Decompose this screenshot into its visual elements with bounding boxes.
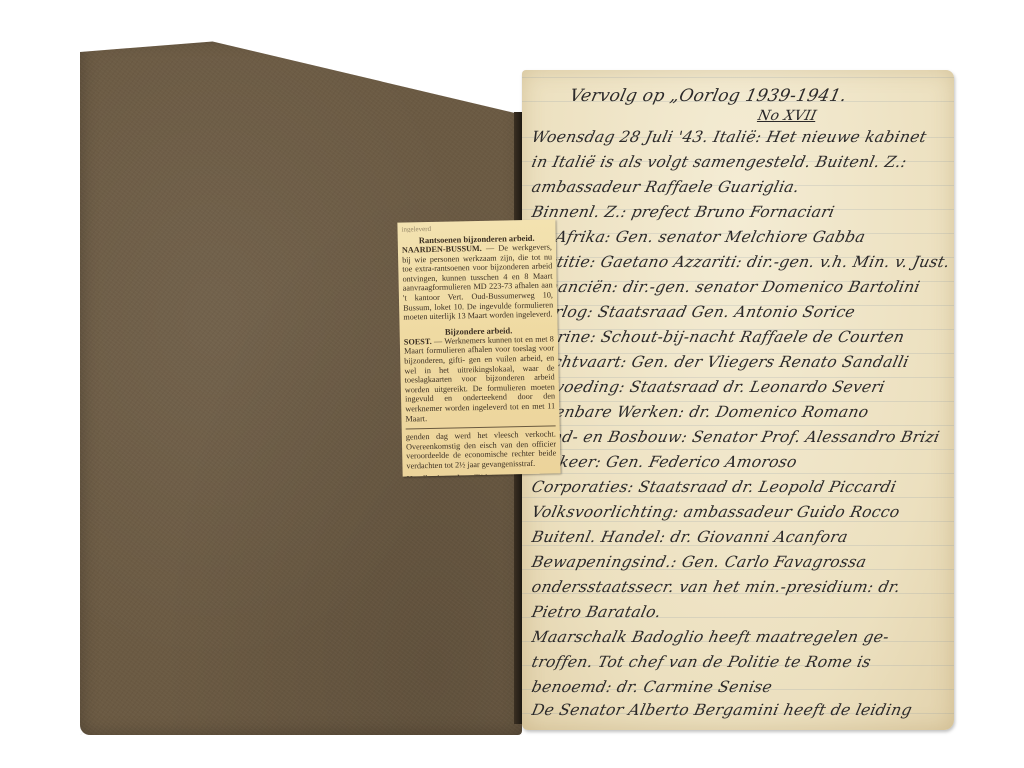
handwritten-line: Verkeer: Gen. Federico Amoroso [530, 453, 950, 471]
handwritten-line: Marine: Schout-bij-nacht Raffaele de Cou… [530, 328, 950, 346]
handwritten-line: Justitie: Gaetano Azzariti: dir.-gen. v.… [530, 253, 950, 271]
handwritten-line: Land- en Bosbouw: Senator Prof. Alessand… [530, 428, 950, 446]
handwritten-line: troffen. Tot chef van de Politie te Rome… [530, 653, 950, 671]
handwritten-line: Luchtvaart: Gen. der Vliegers Renato San… [530, 353, 950, 371]
handwritten-line: Maarschalk Badoglio heeft maatregelen ge… [530, 628, 950, 646]
handwritten-line: De Senator Alberto Bergamini heeft de le… [530, 701, 950, 719]
page-header: Vervolg op „Oorlog 1939-1941. [568, 86, 950, 106]
handwritten-line: Binnenl. Z.: prefect Bruno Fornaciari [530, 203, 950, 221]
handwritten-line: ambassadeur Raffaele Guariglia. [530, 178, 950, 196]
handwritten-line: It.-Afrika: Gen. senator Melchiore Gabba [530, 228, 950, 246]
handwritten-line: Woensdag 28 Juli '43. Italië: Het nieuwe… [530, 128, 950, 146]
handwritten-line: Financiën: dir.-gen. senator Domenico Ba… [530, 278, 950, 296]
handwritten-line: Corporaties: Staatsraad dr. Leopold Picc… [530, 478, 950, 496]
clipping-text-3: genden dag werd het vleesch verkocht. Ov… [406, 430, 557, 472]
clipping-top-fragment: ingeleverd [401, 222, 551, 232]
handwritten-line: Volksvoorlichting: ambassadeur Guido Roc… [530, 503, 950, 521]
handwritten-line: ondersstaatssecr. van het min.-presidium… [530, 578, 950, 596]
handwritten-line: Pietro Baratalo. [530, 603, 950, 621]
clipping-article-2: SOEST. — Werknemers kunnen tot en met 8 … [404, 334, 556, 423]
newspaper-clipping: ingeleverd Rantsoenen bijzonderen arbeid… [397, 219, 560, 476]
handwritten-line: Openbare Werken: dr. Domenico Romano [530, 403, 950, 421]
handwritten-line: in Italië is als volgt samengesteld. Bui… [530, 153, 950, 171]
handwritten-line: Bewapeningsind.: Gen. Carlo Favagrossa [530, 553, 950, 571]
clipping-text-2: — Werknemers kunnen tot en met 8 Maart f… [404, 334, 555, 423]
clipping-article-1: NAARDEN-BUSSUM. — De werkgevers, bij wie… [402, 242, 554, 322]
handwritten-page: Vervolg op „Oorlog 1939-1941. No XVII Wo… [522, 70, 954, 730]
handwritten-line: Opvoeding: Staatsraad dr. Leonardo Sever… [530, 378, 950, 396]
handwritten-line: benoemd: dr. Carmine Senise [530, 678, 950, 696]
entry-number: No XVII [756, 108, 949, 124]
handwritten-line: Oorlog: Staatsraad Gen. Antonio Sorice [530, 303, 950, 321]
clipping-place-2: SOEST. [404, 337, 432, 347]
handwritten-line: Buitenl. Handel: dr. Giovanni Acanfora [530, 528, 950, 546]
clipping-text-1: — De werkgevers, bij wie personen werkza… [402, 242, 553, 321]
